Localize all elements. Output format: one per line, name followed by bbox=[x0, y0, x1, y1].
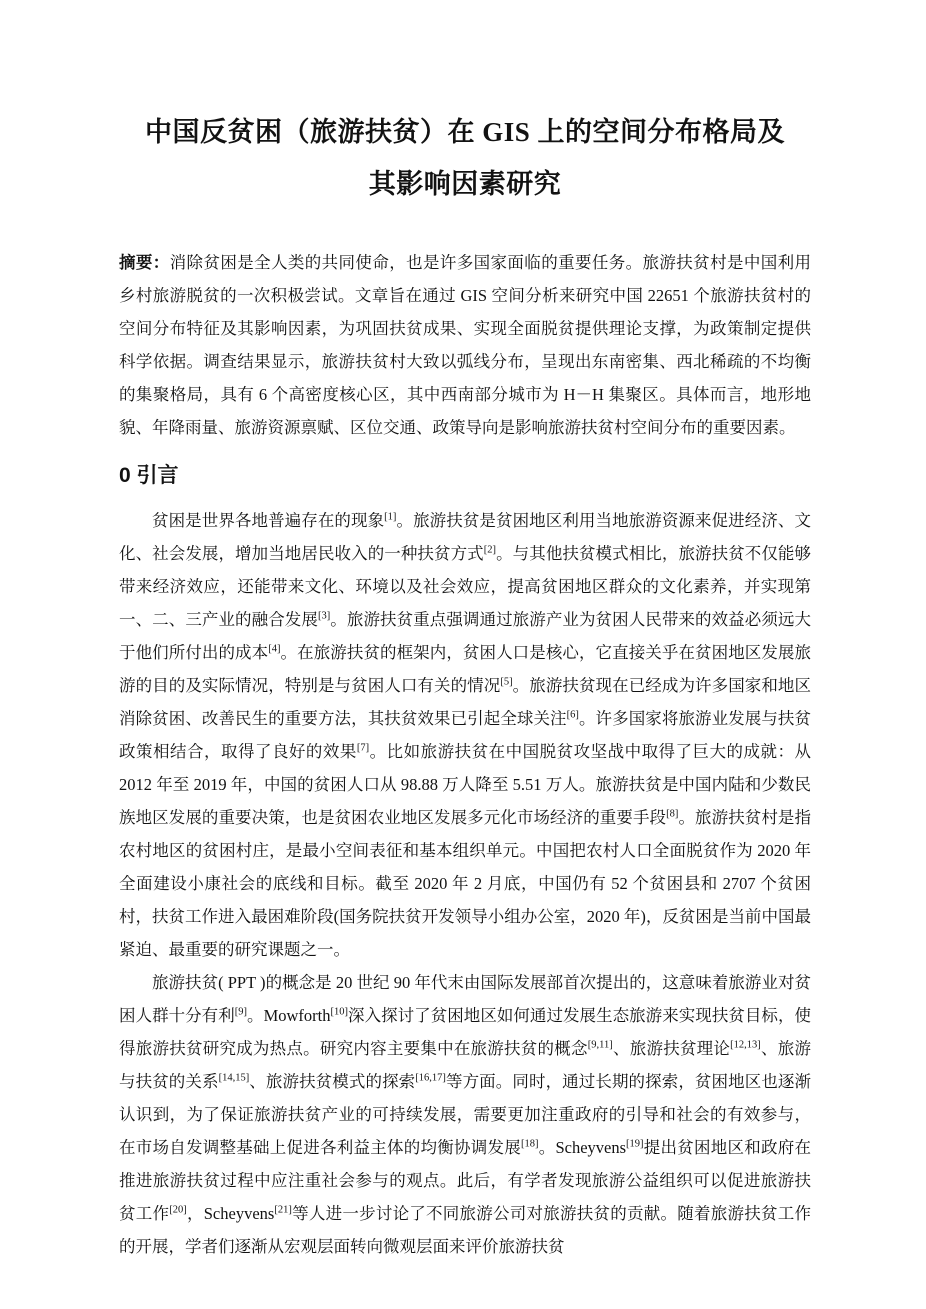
intro-paragraph-1: 贫困是世界各地普遍存在的现象[1]。旅游扶贫是贫困地区利用当地旅游资源来促进经济… bbox=[119, 504, 811, 966]
paper-title: 中国反贫困（旅游扶贫）在 GIS 上的空间分布格局及 其影响因素研究 bbox=[119, 106, 811, 210]
citation-ref: [1] bbox=[384, 512, 396, 523]
citation-ref: [8] bbox=[666, 809, 678, 820]
text-run: 、旅游扶贫模式的探索 bbox=[249, 1072, 415, 1091]
citation-ref: [4] bbox=[268, 644, 280, 655]
citation-ref: [18] bbox=[521, 1139, 539, 1150]
text-run: 。Scheyvens bbox=[538, 1138, 626, 1157]
citation-ref: [2] bbox=[484, 545, 496, 556]
text-run: 。旅游扶贫村是指农村地区的贫困村庄，是最小空间表征和基本组织单元。中国把农村人口… bbox=[119, 808, 811, 959]
document-content: 中国反贫困（旅游扶贫）在 GIS 上的空间分布格局及 其影响因素研究 摘要：消除… bbox=[119, 0, 811, 1263]
text-run: 贫困是世界各地普遍存在的现象 bbox=[152, 511, 384, 530]
citation-ref: [10] bbox=[331, 1007, 349, 1018]
citation-ref: [7] bbox=[357, 743, 369, 754]
citation-ref: [3] bbox=[318, 611, 330, 622]
paper-title-line-2: 其影响因素研究 bbox=[119, 158, 811, 210]
citation-ref: [6] bbox=[567, 710, 579, 721]
emphasis-label: 摘要： bbox=[119, 253, 170, 272]
citation-ref: [16,17] bbox=[415, 1073, 446, 1084]
paper-title-line-1: 中国反贫困（旅游扶贫）在 GIS 上的空间分布格局及 bbox=[119, 106, 811, 158]
citation-ref: [12,13] bbox=[730, 1040, 761, 1051]
text-run: 消除贫困是全人类的共同使命，也是许多国家面临的重要任务。旅游扶贫村是中国利用乡村… bbox=[119, 253, 811, 437]
document-page: 中国反贫困（旅游扶贫）在 GIS 上的空间分布格局及 其影响因素研究 摘要：消除… bbox=[0, 0, 926, 1309]
citation-ref: [19] bbox=[626, 1139, 644, 1150]
text-run: 。Mowforth bbox=[247, 1006, 330, 1025]
text-run: 、旅游扶贫理论 bbox=[613, 1039, 730, 1058]
citation-ref: [21] bbox=[274, 1205, 292, 1216]
abstract-paragraph: 摘要：消除贫困是全人类的共同使命，也是许多国家面临的重要任务。旅游扶贫村是中国利… bbox=[119, 246, 811, 444]
intro-paragraph-2: 旅游扶贫( PPT )的概念是 20 世纪 90 年代末由国际发展部首次提出的，… bbox=[119, 966, 811, 1263]
section-heading-introduction: 0 引言 bbox=[119, 460, 811, 492]
citation-ref: [9,11] bbox=[588, 1040, 613, 1051]
citation-ref: [14,15] bbox=[219, 1073, 250, 1084]
text-run: ，Scheyvens bbox=[187, 1204, 275, 1223]
citation-ref: [9] bbox=[235, 1007, 247, 1018]
citation-ref: [5] bbox=[500, 677, 512, 688]
citation-ref: [20] bbox=[169, 1205, 187, 1216]
